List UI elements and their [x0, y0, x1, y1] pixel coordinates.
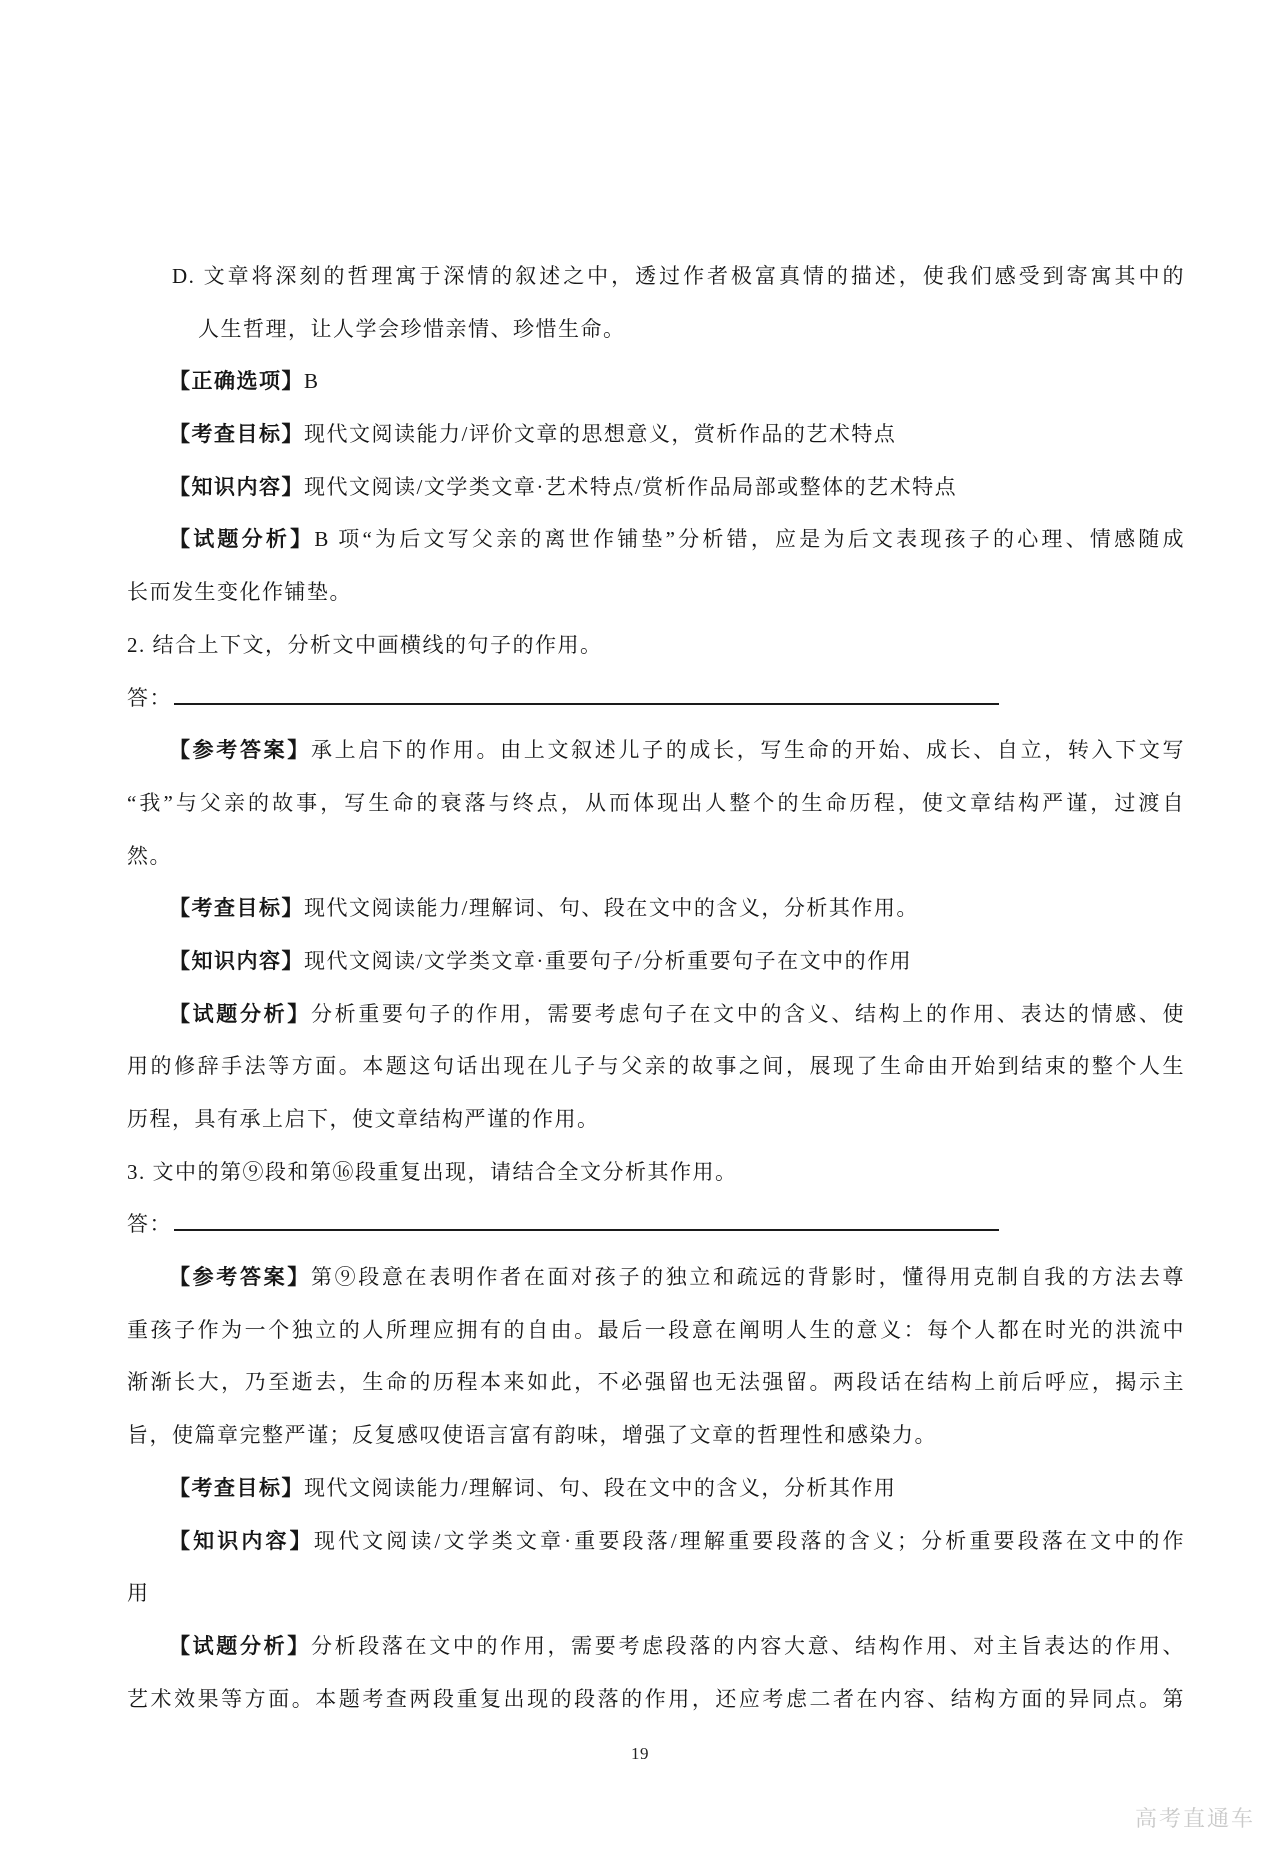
answer-blank-underline	[174, 1208, 999, 1231]
reference-answer-text: 承上启下的作用。由上文叙述儿子的成长，写生命的开始、成长、自立，转入下文写	[311, 738, 1185, 762]
exam-target-label: 【考查目标】	[169, 1476, 304, 1500]
answer-blank-line-q2: 答：	[127, 672, 1185, 725]
reference-answer-label: 【参考答案】	[169, 738, 311, 762]
reference-answer-line-q3: 【参考答案】第⑨段意在表明作者在面对孩子的独立和疏远的背影时，懂得用克制自我的方…	[127, 1251, 1185, 1304]
question-analysis-label: 【试题分析】	[169, 1634, 311, 1658]
document-page: D. 文章将深刻的哲理寓于深情的叙述之中，透过作者极富真情的描述，使我们感受到寄…	[0, 0, 1280, 1858]
knowledge-content-label: 【知识内容】	[169, 1529, 314, 1553]
reference-answer-text-continuation: “我”与父亲的故事，写生命的衰落与终点，从而体现出人整个的生命历程，使文章结构严…	[127, 791, 1185, 815]
question-analysis-line-q2-cont-1: 用的修辞手法等方面。本题这句话出现在儿子与父亲的故事之间，展现了生命由开始到结束…	[127, 1040, 1185, 1093]
reference-answer-text-continuation: 然。	[127, 844, 172, 868]
reference-answer-line-q2-cont-1: “我”与父亲的故事，写生命的衰落与终点，从而体现出人整个的生命历程，使文章结构严…	[127, 777, 1185, 830]
answer-prefix: 答：	[127, 686, 172, 710]
knowledge-content-text: 现代文阅读/文学类文章·重要句子/分析重要句子在文中的作用	[304, 949, 912, 973]
exam-target-line-q1: 【考查目标】现代文阅读能力/评价文章的思想意义，赏析作品的艺术特点	[127, 408, 1185, 461]
question-2-stem: 2. 结合上下文，分析文中画横线的句子的作用。	[127, 619, 1185, 672]
reference-answer-text: 第⑨段意在表明作者在面对孩子的独立和疏远的背影时，懂得用克制自我的方法去尊	[311, 1265, 1185, 1289]
reference-answer-line-q3-cont-2: 渐渐长大，乃至逝去，生命的历程本来如此，不必强留也无法强留。两段话在结构上前后呼…	[127, 1356, 1185, 1409]
question-analysis-text: B 项“为后文写父亲的离世作铺垫”分析错，应是为后文表现孩子的心理、情感随成	[314, 527, 1185, 551]
question-2-text: 2. 结合上下文，分析文中画横线的句子的作用。	[127, 633, 603, 657]
question-analysis-line-q3: 【试题分析】分析段落在文中的作用，需要考虑段落的内容大意、结构作用、对主旨表达的…	[127, 1620, 1185, 1673]
question-analysis-text-continuation: 用的修辞手法等方面。本题这句话出现在儿子与父亲的故事之间，展现了生命由开始到结束…	[127, 1054, 1185, 1078]
answer-blank-line-q3: 答：	[127, 1198, 1185, 1251]
knowledge-content-line-q3-cont: 用	[127, 1567, 1185, 1620]
answer-option-d-line-2: 人生哲理，让人学会珍惜亲情、珍惜生命。	[127, 303, 1185, 356]
question-analysis-line-q3-cont: 艺术效果等方面。本题考查两段重复出现的段落的作用，还应考虑二者在内容、结构方面的…	[127, 1673, 1185, 1726]
reference-answer-text-continuation: 重孩子作为一个独立的人所理应拥有的自由。最后一段意在阐明人生的意义：每个人都在时…	[127, 1318, 1185, 1342]
question-analysis-line-q1-cont: 长而发生变化作铺垫。	[127, 566, 1185, 619]
reference-answer-label: 【参考答案】	[169, 1265, 311, 1289]
answer-prefix: 答：	[127, 1212, 172, 1236]
question-3-text: 3. 文中的第⑨段和第⑯段重复出现，请结合全文分析其作用。	[127, 1160, 738, 1184]
answer-blank-underline	[174, 682, 999, 705]
knowledge-content-label: 【知识内容】	[169, 475, 304, 499]
exam-target-label: 【考查目标】	[169, 896, 304, 920]
question-analysis-text: 分析段落在文中的作用，需要考虑段落的内容大意、结构作用、对主旨表达的作用、	[311, 1634, 1185, 1658]
page-number: 19	[0, 1744, 1280, 1764]
answer-option-d-line-1: D. 文章将深刻的哲理寓于深情的叙述之中，透过作者极富真情的描述，使我们感受到寄…	[127, 250, 1185, 303]
exam-target-line-q2: 【考查目标】现代文阅读能力/理解词、句、段在文中的含义，分析其作用。	[127, 882, 1185, 935]
exam-target-line-q3: 【考查目标】现代文阅读能力/理解词、句、段在文中的含义，分析其作用	[127, 1462, 1185, 1515]
exam-target-label: 【考查目标】	[169, 422, 304, 446]
knowledge-content-text: 现代文阅读/文学类文章·重要段落/理解重要段落的含义；分析重要段落在文中的作	[314, 1529, 1185, 1553]
exam-analysis-text-block: D. 文章将深刻的哲理寓于深情的叙述之中，透过作者极富真情的描述，使我们感受到寄…	[127, 250, 1185, 1725]
question-analysis-line-q2-cont-2: 历程，具有承上启下，使文章结构严谨的作用。	[127, 1093, 1185, 1146]
knowledge-content-text-continuation: 用	[127, 1581, 150, 1605]
knowledge-content-line-q3: 【知识内容】现代文阅读/文学类文章·重要段落/理解重要段落的含义；分析重要段落在…	[127, 1515, 1185, 1568]
knowledge-content-line-q2: 【知识内容】现代文阅读/文学类文章·重要句子/分析重要句子在文中的作用	[127, 935, 1185, 988]
reference-answer-text-continuation: 旨，使篇章完整严谨；反复感叹使语言富有韵味，增强了文章的哲理性和感染力。	[127, 1423, 937, 1447]
option-d-text-continuation: 人生哲理，让人学会珍惜亲情、珍惜生命。	[198, 317, 626, 341]
option-d-text: D. 文章将深刻的哲理寓于深情的叙述之中，透过作者极富真情的描述，使我们感受到寄…	[172, 264, 1185, 288]
exam-target-text: 现代文阅读能力/理解词、句、段在文中的含义，分析其作用	[304, 1476, 896, 1500]
question-analysis-line-q2: 【试题分析】分析重要句子的作用，需要考虑句子在文中的含义、结构上的作用、表达的情…	[127, 988, 1185, 1041]
question-analysis-line-q1: 【试题分析】B 项“为后文写父亲的离世作铺垫”分析错，应是为后文表现孩子的心理、…	[127, 513, 1185, 566]
question-analysis-label: 【试题分析】	[169, 1002, 311, 1026]
question-3-stem: 3. 文中的第⑨段和第⑯段重复出现，请结合全文分析其作用。	[127, 1146, 1185, 1199]
reference-answer-line-q2-cont-2: 然。	[127, 830, 1185, 883]
watermark-text: 高考直通车	[1135, 1802, 1255, 1833]
question-analysis-text-continuation: 艺术效果等方面。本题考查两段重复出现的段落的作用，还应考虑二者在内容、结构方面的…	[127, 1687, 1185, 1711]
knowledge-content-text: 现代文阅读/文学类文章·艺术特点/赏析作品局部或整体的艺术特点	[304, 475, 957, 499]
exam-target-text: 现代文阅读能力/评价文章的思想意义，赏析作品的艺术特点	[304, 422, 896, 446]
reference-answer-line-q2: 【参考答案】承上启下的作用。由上文叙述儿子的成长，写生命的开始、成长、自立，转入…	[127, 724, 1185, 777]
knowledge-content-line-q1: 【知识内容】现代文阅读/文学类文章·艺术特点/赏析作品局部或整体的艺术特点	[127, 461, 1185, 514]
correct-option-label: 【正确选项】	[169, 369, 304, 393]
question-analysis-text-continuation: 长而发生变化作铺垫。	[127, 580, 352, 604]
reference-answer-line-q3-cont-3: 旨，使篇章完整严谨；反复感叹使语言富有韵味，增强了文章的哲理性和感染力。	[127, 1409, 1185, 1462]
question-analysis-text-continuation: 历程，具有承上启下，使文章结构严谨的作用。	[127, 1107, 600, 1131]
correct-option-line: 【正确选项】B	[127, 355, 1185, 408]
reference-answer-text-continuation: 渐渐长大，乃至逝去，生命的历程本来如此，不必强留也无法强留。两段话在结构上前后呼…	[127, 1370, 1185, 1394]
question-analysis-label: 【试题分析】	[169, 527, 314, 551]
correct-option-value: B	[304, 369, 320, 393]
question-analysis-text: 分析重要句子的作用，需要考虑句子在文中的含义、结构上的作用、表达的情感、使	[311, 1002, 1185, 1026]
exam-target-text: 现代文阅读能力/理解词、句、段在文中的含义，分析其作用。	[304, 896, 919, 920]
reference-answer-line-q3-cont-1: 重孩子作为一个独立的人所理应拥有的自由。最后一段意在阐明人生的意义：每个人都在时…	[127, 1304, 1185, 1357]
knowledge-content-label: 【知识内容】	[169, 949, 304, 973]
